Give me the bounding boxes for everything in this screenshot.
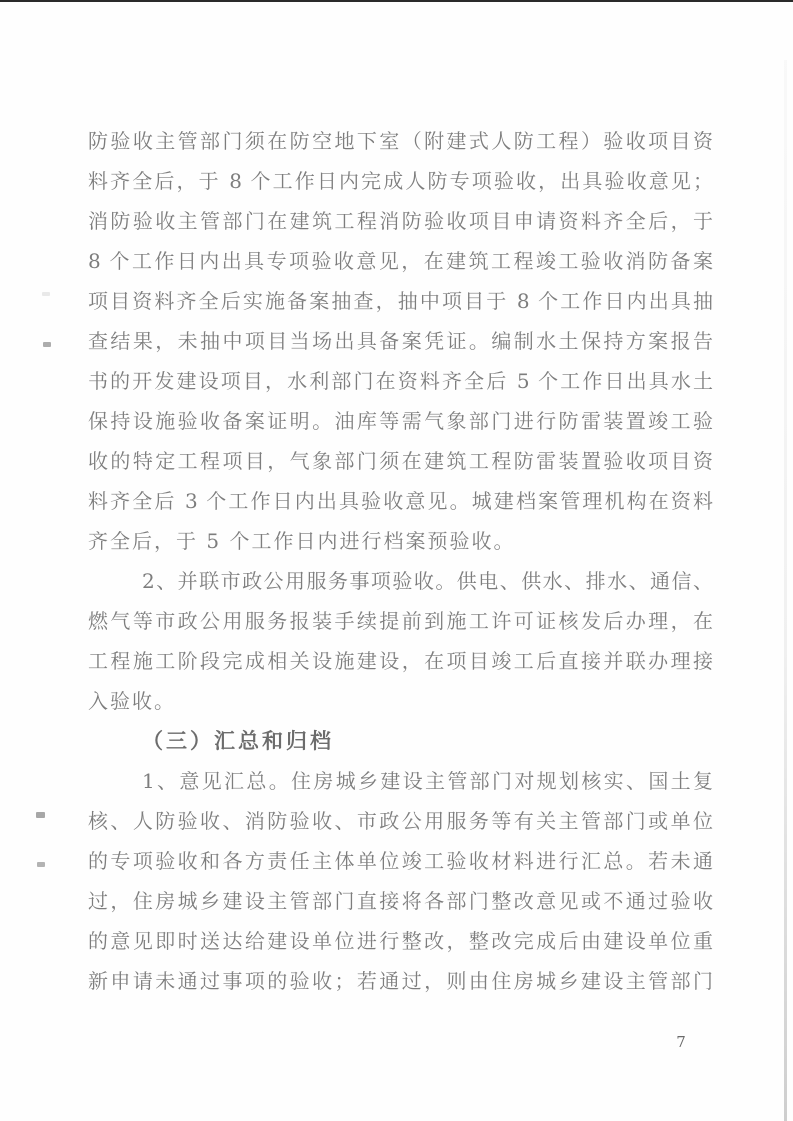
section-heading: （三）汇总和归档 [88,721,713,761]
text-line-13: 燃气等市政公用服务报装手续提前到施工许可证核发后办理，在 [88,601,713,641]
page-number: 7 [670,1033,692,1051]
text-line-11: 齐全后，于 5 个工作日内进行档案预验收。 [88,521,713,561]
text-line-7: 书的开发建设项目，水利部门在资料齐全后 5 个工作日出具水土 [88,361,713,401]
scan-speck-3 [36,812,45,818]
text-line-8: 保持设施验收备案证明。油库等需气象部门进行防雷装置竣工验 [88,401,713,441]
scan-speck-4 [37,862,45,867]
text-line-21: 的意见即时送达给建设单位进行整改，整改完成后由建设单位重 [88,921,713,961]
scan-speck-2 [43,342,51,347]
text-line-6: 查结果，未抽中项目当场出具备案凭证。编制水土保持方案报告 [88,321,713,361]
text-line-2: 料齐全后，于 8 个工作日内完成人防专项验收，出具验收意见； [88,161,713,201]
scan-right-edge-shadow [784,60,787,1121]
text-line-1: 防验收主管部门须在防空地下室（附建式人防工程）验收项目资 [88,121,713,161]
text-line-15: 入验收。 [88,681,713,721]
scan-speck-1 [42,292,50,296]
text-line-10: 料齐全后 3 个工作日内出具验收意见。城建档案管理机构在资料 [88,481,713,521]
text-line-3: 消防验收主管部门在建筑工程消防验收项目申请资料齐全后，于 [88,201,713,241]
text-line-22: 新申请未通过事项的验收；若通过，则由住房城乡建设主管部门 [88,961,713,1001]
text-line-9: 收的特定工程项目，气象部门须在建筑工程防雷装置验收项目资 [88,441,713,481]
text-line-20: 过，住房城乡建设主管部门直接将各部门整改意见或不通过验收 [88,881,713,921]
page: 防验收主管部门须在防空地下室（附建式人防工程）验收项目资料齐全后，于 8 个工作… [0,0,793,1121]
text-line-4: 8 个工作日内出具专项验收意见，在建筑工程竣工验收消防备案 [88,241,713,281]
text-line-14: 工程施工阶段完成相关设施建设，在项目竣工后直接并联办理接 [88,641,713,681]
text-line-5: 项目资料齐全后实施备案抽查，抽中项目于 8 个工作日内出具抽 [88,281,713,321]
text-line-12: 2、并联市政公用服务事项验收。供电、供水、排水、通信、 [88,561,713,601]
text-line-17: 1、意见汇总。住房城乡建设主管部门对规划核实、国土复 [88,761,713,801]
scan-top-edge [0,0,793,2]
text-line-18: 核、人防验收、消防验收、市政公用服务等有关主管部门或单位 [88,801,713,841]
text-line-19: 的专项验收和各方责任主体单位竣工验收材料进行汇总。若未通 [88,841,713,881]
document-body: 防验收主管部门须在防空地下室（附建式人防工程）验收项目资料齐全后，于 8 个工作… [88,121,713,1001]
